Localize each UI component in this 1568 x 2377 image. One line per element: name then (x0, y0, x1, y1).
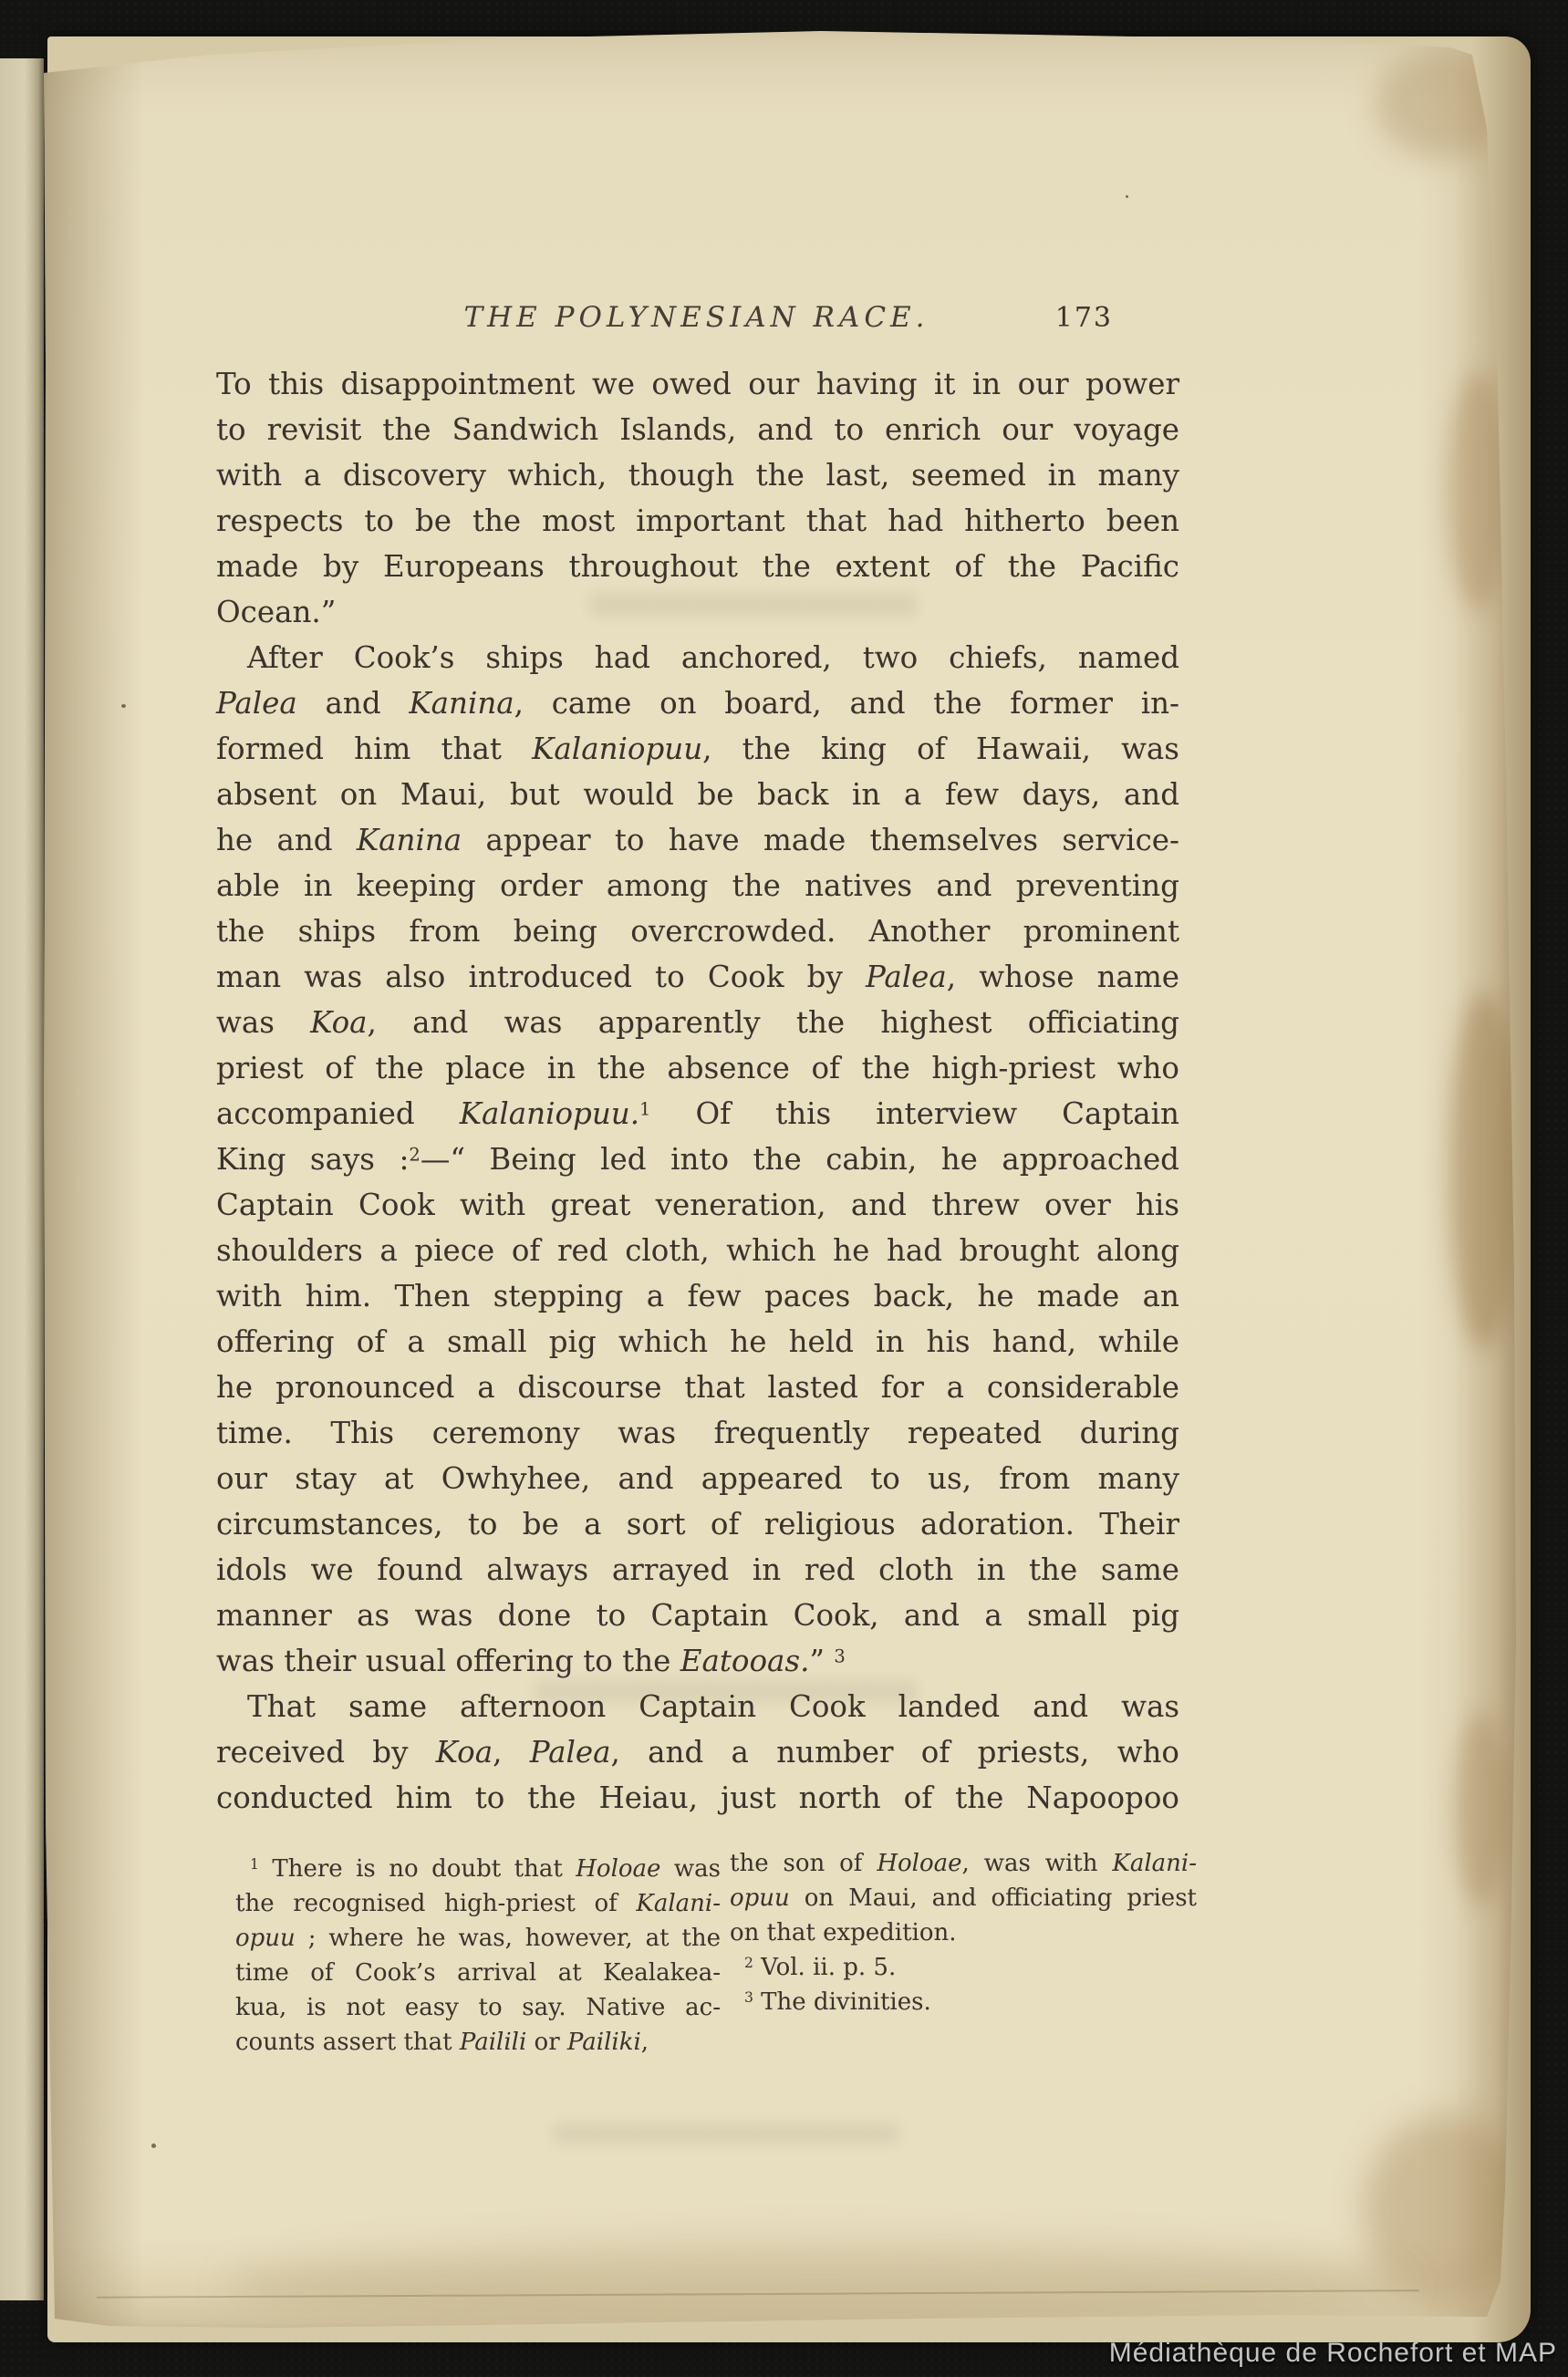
body-text: To this disappointment we owed our havin… (216, 361, 1179, 1821)
italic-text: Pailili (460, 2029, 526, 2056)
italic-text: Kalaniopuu (532, 732, 702, 766)
text-segment: circumstances, to be a sort of religious… (216, 1507, 1179, 1541)
footnote-reference: 1 (639, 1098, 650, 1119)
text-segment: on Maui, and officiating priest (790, 1884, 1197, 1912)
italic-text: Kalani- (636, 1890, 721, 1917)
text-segment: was (660, 1855, 721, 1883)
text-line: was Koa, and was apparently the highest … (216, 1000, 1179, 1045)
text-line: conducted him to the Heiau, just north o… (216, 1775, 1179, 1821)
scanned-book-photo: { "document": { "type": "scanned-book-pa… (0, 0, 1568, 2377)
text-line: respects to be the most important that h… (216, 498, 1179, 544)
text-segment: ” (809, 1644, 834, 1678)
footnote-reference: 3 (744, 1989, 753, 2006)
facing-page-edge (0, 58, 44, 2300)
text-line: offering of a small pig which he held in… (216, 1319, 1179, 1365)
text-line: the son of Holoae, was with Kalani- (730, 1846, 1197, 1881)
text-segment: , (641, 2029, 649, 2056)
text-line: manner as was done to Captain Cook, and … (216, 1593, 1179, 1638)
text-segment: he pronounced a discourse that lasted fo… (216, 1370, 1179, 1405)
stain (1454, 1713, 1509, 1905)
text-line: Captain Cook with great veneration, and … (216, 1182, 1179, 1228)
text-line: opuu on Maui, and officiating priest (730, 1881, 1197, 1915)
text-line: Ocean.” (216, 589, 1179, 635)
text-line: 3 The divinities. (730, 1985, 1197, 2019)
text-line: received by Koa, Palea, and a number of … (216, 1729, 1179, 1775)
gutter-shadow (42, 26, 142, 2330)
italic-text: Palea (866, 960, 947, 994)
text-line: idols we found always arrayed in red clo… (216, 1547, 1179, 1593)
text-segment: , was with (962, 1850, 1113, 1877)
text-line: made by Europeans throughout the extent … (216, 544, 1179, 589)
italic-text: opuu (235, 1925, 296, 1952)
text-segment: Vol. ii. p. 5. (753, 1954, 896, 1981)
text-segment: The divinities. (753, 1988, 931, 2016)
text-segment: formed him that (216, 732, 532, 766)
text-segment: conducted him to the Heiau, just north o… (216, 1780, 1179, 1815)
text-segment: There is no doubt that (259, 1855, 576, 1883)
text-line: he pronounced a discourse that lasted fo… (216, 1365, 1179, 1410)
text-segment: Captain Cook with great veneration, and … (216, 1188, 1179, 1222)
italic-text: Holoae (576, 1855, 660, 1883)
text-segment: That same afternoon Captain Cook landed … (247, 1689, 1179, 1724)
text-segment: appear to have made themselves service- (462, 823, 1179, 857)
text-segment: ; where he was, however, at the (296, 1925, 721, 1952)
text-line: kua, is not easy to say. Native ac- (235, 1990, 721, 2025)
text-segment: counts assert that (235, 2029, 460, 2056)
italic-text: Koa (310, 1005, 367, 1040)
footnote-right-column: the son of Holoae, was with Kalani-opuu … (730, 1846, 1197, 2019)
text-segment: idols we found always arrayed in red clo… (216, 1552, 1179, 1587)
text-line: with him. Then stepping a few paces back… (216, 1273, 1179, 1319)
page-number: 173 (1022, 301, 1113, 336)
text-line: man was also introduced to Cook by Palea… (216, 954, 1179, 1000)
text-line: 2 Vol. ii. p. 5. (730, 1950, 1197, 1985)
stain (1449, 992, 1520, 1348)
italic-text: Kanina (409, 686, 514, 721)
text-line: time of Cook’s arrival at Kealakea- (235, 1956, 721, 1990)
text-segment: King says : (216, 1142, 409, 1177)
italic-text: Kalaniopuu. (460, 1096, 639, 1131)
italic-text: Pailiki (567, 2029, 641, 2056)
footnote-reference: 2 (744, 1955, 753, 1971)
text-segment: To this disappointment we owed our havin… (216, 367, 1179, 401)
text-line: circumstances, to be a sort of religious… (216, 1501, 1179, 1547)
italic-text: Palea (216, 686, 297, 721)
text-line: opuu ; where he was, however, at the (235, 1921, 721, 1956)
text-segment: respects to be the most important that h… (216, 503, 1179, 538)
text-segment: manner as was done to Captain Cook, and … (216, 1598, 1179, 1633)
text-segment: kua, is not easy to say. Native ac- (235, 1994, 721, 2021)
text-line: absent on Maui, but would be back in a f… (216, 772, 1179, 817)
library-watermark: Médiathèque de Rochefort et MAP (1109, 2335, 1557, 2372)
text-line: priest of the place in the absence of th… (216, 1045, 1179, 1091)
text-line: he and Kanina appear to have made themse… (216, 817, 1179, 863)
text-line: accompanied Kalaniopuu.1 Of this intervi… (216, 1091, 1179, 1137)
text-segment: —“ Being led into the cabin, he approach… (421, 1142, 1179, 1177)
text-segment: , came on board, and the former in- (514, 686, 1179, 721)
text-line: to revisit the Sandwich Islands, and to … (216, 407, 1179, 452)
text-line: able in keeping order among the natives … (216, 863, 1179, 908)
text-segment: and (297, 686, 410, 721)
text-segment: or (526, 2029, 567, 2056)
text-segment: the son of (730, 1850, 877, 1877)
italic-text: Kanina (357, 823, 462, 857)
show-through (553, 2123, 899, 2143)
text-segment: received by (216, 1735, 436, 1770)
text-line: with a discovery which, though the last,… (216, 452, 1179, 498)
footnote-left-column: 1 There is no doubt that Holoae wasthe r… (235, 1852, 721, 2060)
text-line: on that expedition. (730, 1915, 1197, 1950)
text-segment: , and a number of priests, who (611, 1735, 1179, 1770)
text-segment: with a discovery which, though the last,… (216, 458, 1179, 493)
text-segment: he and (216, 823, 357, 857)
italic-text: Kalani- (1112, 1850, 1197, 1877)
text-segment: , the king of Hawaii, was (702, 732, 1179, 766)
text-segment: After Cook’s ships had anchored, two chi… (247, 640, 1179, 675)
text-segment: the recognised high-priest of (235, 1890, 636, 1917)
text-segment: on that expedition. (730, 1919, 957, 1946)
text-segment: accompanied (216, 1096, 460, 1131)
text-segment: to revisit the Sandwich Islands, and to … (216, 412, 1179, 447)
text-segment: offering of a small pig which he held in… (216, 1324, 1179, 1359)
text-line: 1 There is no doubt that Holoae was (235, 1852, 721, 1886)
text-segment: made by Europeans throughout the extent … (216, 549, 1179, 584)
text-segment: time. This ceremony was frequently repea… (216, 1416, 1179, 1450)
text-line: That same afternoon Captain Cook landed … (216, 1684, 1179, 1729)
speck (151, 2143, 156, 2148)
text-segment: the ships from being overcrowded. Anothe… (216, 914, 1179, 949)
text-segment: was their usual offering to the (216, 1644, 680, 1678)
italic-text: Holoae (877, 1850, 961, 1877)
text-line: time. This ceremony was frequently repea… (216, 1410, 1179, 1456)
footnote-reference: 3 (834, 1645, 845, 1666)
text-segment: able in keeping order among the natives … (216, 868, 1179, 903)
text-line: the ships from being overcrowded. Anothe… (216, 908, 1179, 954)
italic-text: opuu (730, 1884, 790, 1912)
text-line: To this disappointment we owed our havin… (216, 361, 1179, 407)
text-line: formed him that Kalaniopuu, the king of … (216, 726, 1179, 772)
text-line: was their usual offering to the Eatooas.… (216, 1638, 1179, 1684)
italic-text: Palea (530, 1735, 611, 1770)
text-segment: Of this interview Captain (650, 1096, 1179, 1131)
text-segment: time of Cook’s arrival at Kealakea- (235, 1959, 721, 1987)
text-segment: was (216, 1005, 310, 1040)
speck (121, 704, 126, 708)
text-segment: shoulders a piece of red cloth, which he… (216, 1233, 1179, 1268)
italic-text: Koa (436, 1735, 493, 1770)
text-line: the recognised high-priest of Kalani- (235, 1886, 721, 1921)
text-segment: Ocean.” (216, 595, 336, 629)
text-segment: , whose name (947, 960, 1179, 994)
speck (1126, 195, 1128, 198)
text-segment: , (493, 1735, 530, 1770)
text-line: our stay at Owhyhee, and appeared to us,… (216, 1456, 1179, 1501)
text-segment: with him. Then stepping a few paces back… (216, 1279, 1179, 1313)
text-segment: absent on Maui, but would be back in a f… (216, 777, 1179, 812)
text-line: After Cook’s ships had anchored, two chi… (216, 635, 1179, 680)
text-line: King says :2—“ Being led into the cabin,… (216, 1137, 1179, 1182)
footnote-reference: 2 (409, 1144, 420, 1165)
footnote-reference: 1 (250, 1856, 259, 1873)
text-line: shoulders a piece of red cloth, which he… (216, 1228, 1179, 1273)
text-segment: our stay at Owhyhee, and appeared to us,… (216, 1461, 1179, 1496)
text-segment: priest of the place in the absence of th… (216, 1051, 1179, 1085)
text-line: Palea and Kanina, came on board, and the… (216, 680, 1179, 726)
text-line: counts assert that Pailili or Pailiki, (235, 2025, 721, 2060)
italic-text: Eatooas. (680, 1644, 810, 1678)
text-segment: , and was apparently the highest officia… (368, 1005, 1179, 1040)
text-segment: man was also introduced to Cook by (216, 960, 866, 994)
